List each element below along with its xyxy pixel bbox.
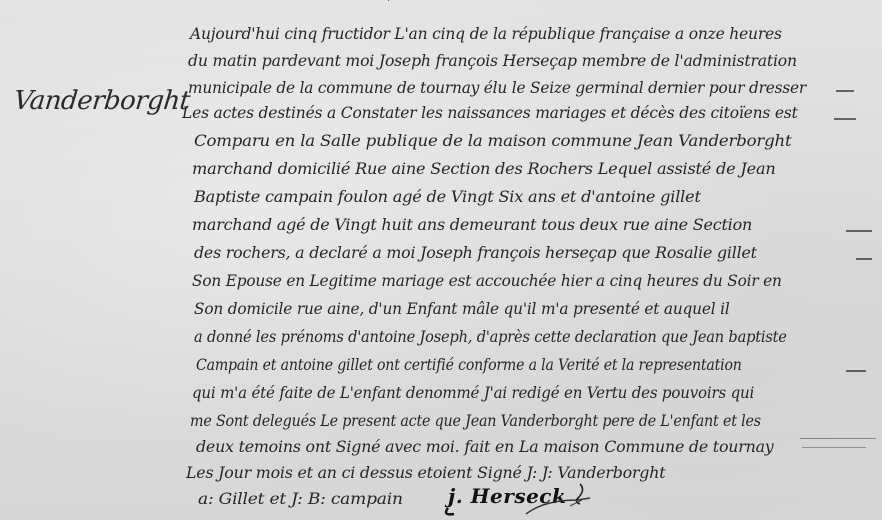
cropped-previous-line [190,0,880,2]
line-end-dash [846,230,872,232]
record-line-1: Aujourd'hui cinq fructidor L'an cinq de … [190,25,782,43]
record-line-9: des rochers, a declaré a moi Joseph fran… [194,244,757,262]
document-page: Vanderborght Aujourd'hui cinq fructidor … [0,0,882,520]
record-line-4: Les actes destinés a Constater les naiss… [182,104,798,122]
record-line-12: a donné les prénoms d'antoine Joseph, d'… [194,328,787,346]
signature-paraph-icon [440,480,600,520]
line-end-dash [856,258,872,260]
record-line-16: deux temoins ont Signé avec moi. fait en… [196,438,774,456]
record-line-7: Baptiste campain foulon agé de Vingt Six… [194,188,701,206]
record-line-13: Campain et antoine gillet ont certifié c… [196,356,742,374]
margin-name-annotation: Vanderborght [12,86,191,116]
record-line-14: qui m'a été faite de L'enfant denommé J'… [192,384,754,402]
record-line-18: a: Gillet et J: B: campain [198,490,403,508]
line-end-dash [834,118,856,120]
record-line-6: marchand domicilié Rue aine Section des … [192,160,776,178]
record-line-11: Son domicile rue aine, d'un Enfant mâle … [194,300,730,318]
record-line-15: me Sont delegués Le present acte que Jea… [190,412,761,430]
record-line-5: Comparu en la Salle publique de la maiso… [194,132,791,150]
record-line-2: du matin pardevant moi Joseph françois H… [188,52,797,70]
line-end-dash [800,438,876,439]
record-line-3: municipale de la commune de tournay élu … [188,79,806,97]
line-end-dash [846,370,866,372]
record-line-8: marchand agé de Vingt huit ans demeurant… [192,216,752,234]
record-line-10: Son Epouse en Legitime mariage est accou… [192,272,782,290]
line-end-dash [802,447,866,448]
line-end-dash [836,90,854,92]
